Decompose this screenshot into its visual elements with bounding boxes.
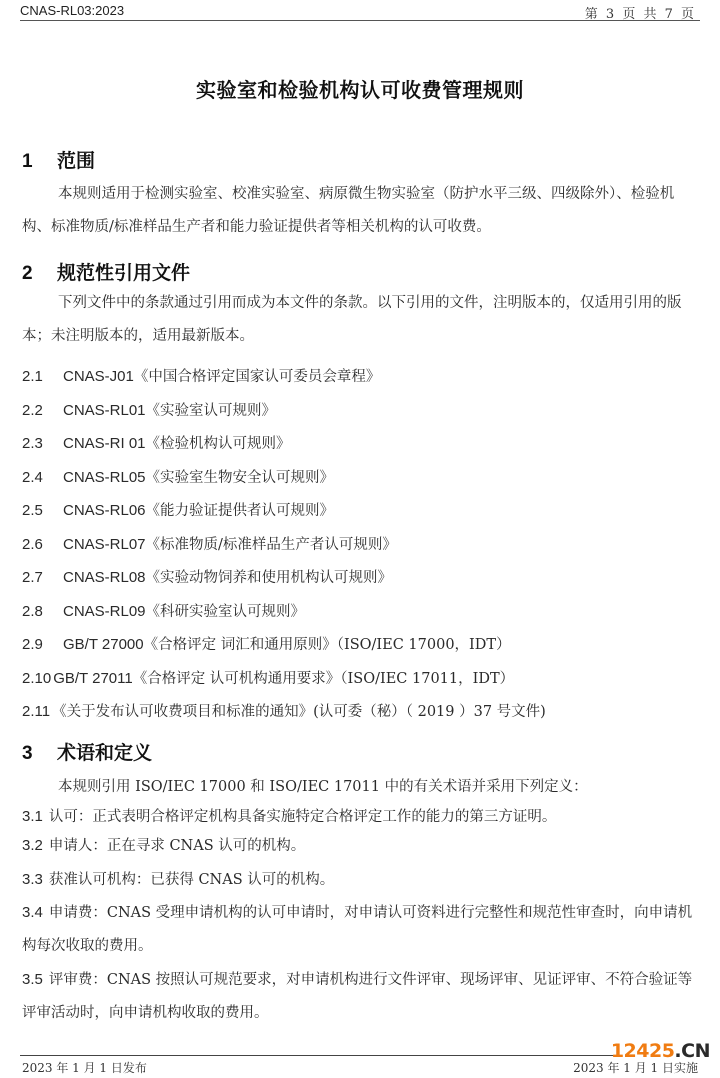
reference-item: 2.5CNAS-RL06《能力验证提供者认可规则》 [22, 499, 334, 520]
definition-item: 3.2申请人：正在寻求 CNAS 认可的机构。 [22, 829, 702, 863]
section-number: 1 [22, 151, 57, 173]
reference-item: 2.7CNAS-RL08《实验动物饲养和使用机构认可规则》 [22, 566, 392, 587]
section-title: 术语和定义 [57, 742, 152, 764]
page-header: CNAS-RL03:2023 第 3 页 共 7 页 [20, 3, 700, 21]
issue-date: 2023 年 1 月 1 日发布 [22, 1059, 147, 1076]
document-title: 实验室和检验机构认可收费管理规则 [0, 74, 720, 103]
doc-code: CNAS-RL03:2023 [20, 3, 124, 18]
section-number: 3 [22, 743, 57, 765]
section-2-body: 下列文件中的条款通过引用而成为本文件的条款。以下引用的文件，注明版本的，仅适用引… [22, 287, 702, 353]
reference-item: 2.1CNAS-J01《中国合格评定国家认可委员会章程》 [22, 365, 380, 386]
reference-item: 2.6CNAS-RL07《标准物质/标准样品生产者认可规则》 [22, 533, 397, 554]
section-heading-2: 2规范性引用文件 [22, 258, 190, 285]
definition-item: 3.3获准认可机构：已获得 CNAS 认可的机构。 [22, 863, 702, 897]
reference-item: 2.2CNAS-RL01《实验室认可规则》 [22, 399, 276, 420]
section-title: 规范性引用文件 [57, 262, 190, 284]
definition-item: 3.5评审费：CNAS 按照认可规范要求，对申请机构进行文件评审、现场评审、见证… [22, 963, 702, 1030]
reference-item: 2.8CNAS-RL09《科研实验室认可规则》 [22, 600, 305, 621]
section-title: 范围 [57, 150, 95, 172]
site-watermark: 12425.CN [611, 1040, 710, 1062]
reference-item: 2.3CNAS-RI 01《检验机构认可规则》 [22, 432, 291, 453]
section-heading-1: 1范围 [22, 146, 95, 173]
reference-item: 2.10GB/T 27011《合格评定 认可机构通用要求》（ISO/IEC 17… [22, 667, 514, 688]
section-heading-3: 3术语和定义 [22, 738, 152, 765]
reference-item: 2.11《关于发布认可收费项目和标准的通知》(认可委（秘）（ 2019 ）37 … [22, 700, 546, 721]
reference-item: 2.9GB/T 27000《合格评定 词汇和通用原则》（ISO/IEC 1700… [22, 633, 511, 654]
definition-item: 3.4申请费：CNAS 受理申请机构的认可申请时，对申请认可资料进行完整性和规范… [22, 896, 702, 963]
footer-divider [20, 1055, 620, 1056]
reference-item: 2.4CNAS-RL05《实验室生物安全认可规则》 [22, 466, 334, 487]
section-number: 2 [22, 263, 57, 285]
page-number: 第 3 页 共 7 页 [585, 3, 696, 22]
section-1-body: 本规则适用于检测实验室、校准实验室、病原微生物实验室（防护水平三级、四级除外）、… [22, 178, 702, 244]
